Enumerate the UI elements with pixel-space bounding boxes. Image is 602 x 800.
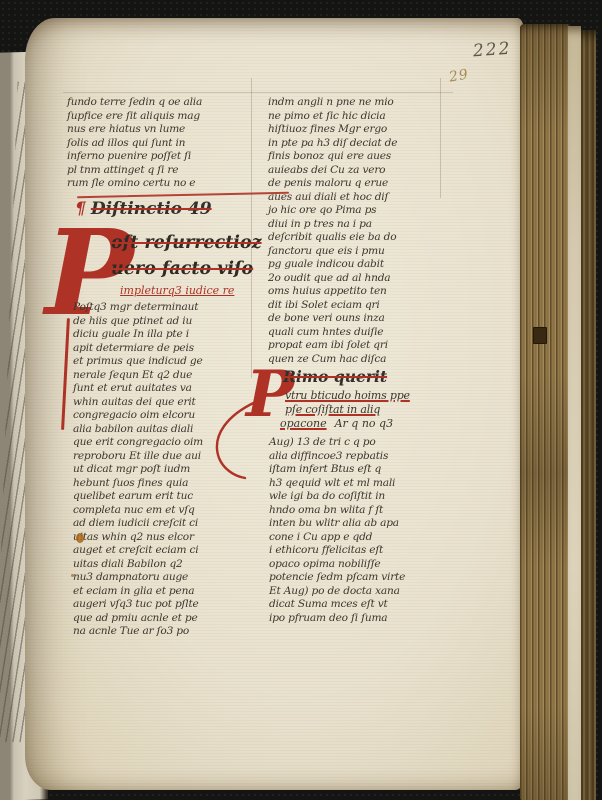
text-line: nerale ſequn Et q2 due [73,369,268,383]
folio-number-pencil: 29 [448,66,470,85]
text-line: rum ſle omino certu no e [67,177,262,191]
manuscript-photo: { "page_header": { "page_number_ink": "2… [0,0,602,800]
book-fore-edge [520,24,570,800]
text-line: deſcribit qualis eie ba do [268,231,453,245]
red-flourish-line [77,192,289,198]
ruling-line-horizontal [63,92,453,93]
text-line: hiſtiuoz fines Mgr ergo [268,123,453,137]
text-line: potencie ſedm pſcam virte [269,571,454,585]
manuscript-page: 222 29 fundo terre ſedin q oe aliaſupfic… [25,18,523,790]
text-line: oms huius appetito ten [268,285,453,299]
text-line: in pte pa h3 diſ deciat de [268,137,453,151]
text-line: fundo terre ſedin q oe alia [67,96,262,110]
text-line: ſanctoru que eis i pmu [268,245,453,259]
text-line: diciu guale In illa pte i [73,328,268,342]
text-line: ad diem iudicii creſcit ci [73,517,268,531]
fore-edge-parchment-strip [568,26,581,800]
text-line: 2o oudit que ad al hnda [268,272,453,286]
text-line: Et Aug) po de docta xana [269,585,454,599]
text-line: quali cum hntes duiſie [268,326,453,340]
text-line: inferno puenire poſſet ſi [67,150,262,164]
text-line: quelibet earum erit tuc [73,490,268,504]
text-line: ipo pfruam deo ſi ſuma [269,612,454,626]
text-line: quen ze Cum hac diſca [268,353,453,367]
text-line: de bone veri ouns inza [268,312,453,326]
text-line: et primus que indicud ge [73,355,268,369]
left-column-intro: fundo terre ſedin q oe aliaſupfice ere ſ… [67,96,262,191]
text-line: et eciam in glia et pena [73,585,268,599]
incipit-heading: oſt reſurrectiozuero facto viſo [111,230,262,282]
question-mixed-line: opaconeAr q no q3 [280,417,393,430]
text-line: de hiis que ptinet ad iu [73,315,268,329]
text-line: inten bu wlitr alia ab apa [269,517,454,531]
text-line: oſt reſurrectioz [111,230,262,256]
text-line: Aug) 13 de tri c q po [269,436,454,450]
text-line: Poſtq3 mgr determinaut [73,301,268,315]
text-line: pg guale indicou dabit [268,258,453,272]
page-number-ink: 222 [472,39,512,62]
text-line: de penis maloru q erue [268,177,453,191]
text-line: uero facto viſo [111,256,262,282]
underlined-fragment: opacone [280,417,327,430]
text-line: i ethicoru ffelicitas eſt [269,544,454,558]
text-line: pl tnm attinget q ſi re [67,164,262,178]
fore-edge-outer-band [581,30,596,800]
text-line: cone i Cu app e qdd [269,531,454,545]
text-line: nu3 dampnatoru auge [73,571,268,585]
plain-fragment: Ar q no q3 [335,417,393,430]
right-column-body-lower: Aug) 13 de tri c q poalia diffincoe3 rep… [269,436,454,625]
text-line: uitas whin q2 nus elcor [73,531,268,545]
ink-speck [71,574,74,577]
text-line: h3 qequid wlt et ml mali [269,477,454,491]
text-line: vtru bticudo hoims ppe [285,389,455,403]
red-note-line: impleturq3 iudice re [120,284,234,297]
text-line: uitas diali Babilon q2 [73,558,268,572]
text-line: ſolis ad illos qui ſunt in [67,137,262,151]
text-line: alia diffincoe3 repbatis [269,450,454,464]
text-line: jo hic ore qo Pima ps [268,204,453,218]
text-line: na acnle Tue ar ſo3 po [73,625,268,639]
text-line: indm angli n pne ne mio [268,96,453,110]
text-line: auget et creſcit eciam ci [73,544,268,558]
text-line: hndo oma bn wlita f ſt [269,504,454,518]
text-line: dit ibi Solet eciam qri [268,299,453,313]
text-line: ſunt et erut auitates va [73,382,268,396]
text-line: opaco opima nobiliſſe [269,558,454,572]
initial-flourish-curve [205,396,265,482]
text-line: aues aui diali et hoc diſ [268,191,453,205]
question-underlined-lines: vtru bticudo hoims ppepſe coſiſtat in al… [285,389,455,416]
text-line: apit determiare de peis [73,342,268,356]
text-line: finis bonoz qui ere aues [268,150,453,164]
question-heading: Rimo querit [283,367,387,386]
text-line: propat eam ibi ſolet qri [268,339,453,353]
text-line: auieabs dei Cu za vero [268,164,453,178]
text-line: diui in p tres na i pa [268,218,453,232]
text-line: ſupfice ere ſit aliquis mag [67,110,262,124]
text-line: completa nuc em et vſq [73,504,268,518]
right-column-body: indm angli n pne ne mione pimo et ſic hi… [268,96,453,366]
text-line: ne pimo et ſic hic dicia [268,110,453,124]
ink-stain [76,533,84,543]
text-line: que ad pmiu acnle et pe [73,612,268,626]
text-line: dicat Suma mces eſt vt [269,598,454,612]
text-line: pſe coſiſtat in aliq [285,403,455,417]
text-line: augeri vſq3 tuc pot pſlte [73,598,268,612]
clasp-notch [533,327,547,344]
text-line: wle igi ba do coſiſtit in [269,490,454,504]
text-line: nus ere hiatus vn lume [67,123,262,137]
text-line: iſtam infert Btus eſt q [269,463,454,477]
